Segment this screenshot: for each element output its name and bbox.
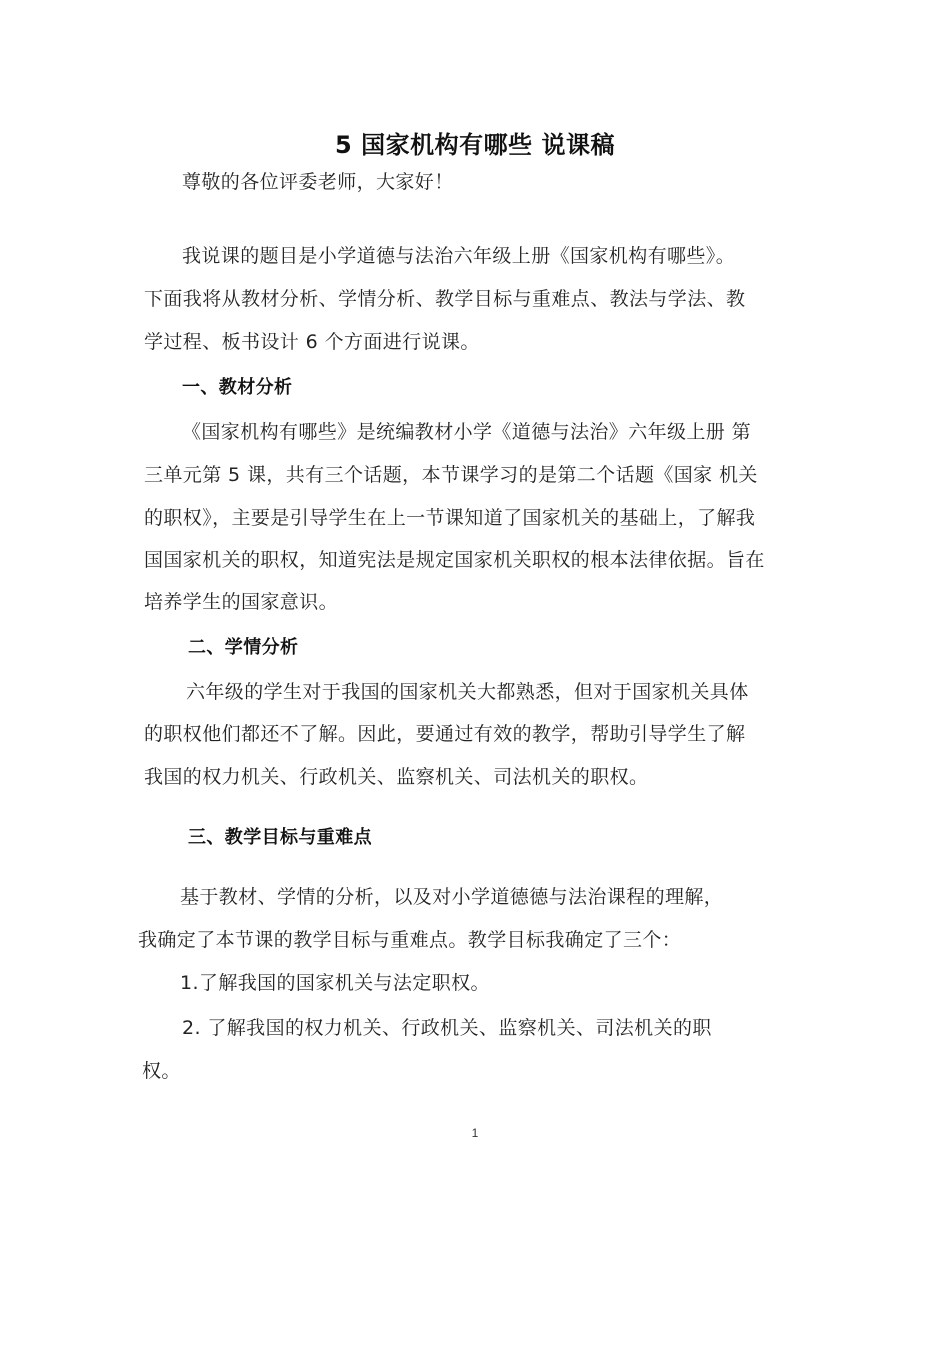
section3-line-2: 我确定了本节课的教学目标与重难点。教学目标我确定了三个： bbox=[138, 928, 681, 952]
greeting: 尊敬的各位评委老师，大家好！ bbox=[182, 170, 454, 194]
section1-line-5: 培养学生的国家意识。 bbox=[144, 590, 338, 614]
section1-line-4: 国国家机关的职权，知道宪法是规定国家机关职权的根本法律依据。旨在 bbox=[144, 548, 765, 572]
goal-item-2-continued: 权。 bbox=[142, 1059, 181, 1083]
section1-line-1: 《国家机构有哪些》是统编教材小学《道德与法治》六年级上册 第 bbox=[182, 420, 751, 444]
section2-line-3: 我国的权力机关、行政机关、监察机关、司法机关的职权。 bbox=[144, 765, 648, 789]
intro-line-2: 下面我将从教材分析、学情分析、教学目标与重难点、教法与学法、教 bbox=[144, 287, 745, 311]
goal-item-1: 1.了解我国的国家机关与法定职权。 bbox=[180, 971, 490, 995]
section3-line-1: 基于教材、学情的分析，以及对小学道德德与法治课程的理解， bbox=[180, 885, 723, 909]
section-heading-student-analysis: 二、学情分析 bbox=[188, 636, 298, 660]
intro-line-1: 我说课的题目是小学道德与法治六年级上册《国家机构有哪些》。 bbox=[182, 244, 735, 268]
document-page: 5 国家机构有哪些 说课稿 尊敬的各位评委老师，大家好！ 我说课的题目是小学道德… bbox=[0, 0, 950, 1345]
section-heading-teaching-goals: 三、教学目标与重难点 bbox=[188, 826, 372, 850]
section-heading-textbook-analysis: 一、教材分析 bbox=[182, 376, 292, 400]
section2-line-1: 六年级的学生对于我国的国家机关大都熟悉，但对于国家机关具体 bbox=[186, 680, 749, 704]
section1-line-2: 三单元第 5 课，共有三个话题，本节课学习的是第二个话题《国家 机关 bbox=[144, 463, 758, 487]
page-number: 1 bbox=[0, 1126, 950, 1140]
document-title: 5 国家机构有哪些 说课稿 bbox=[0, 130, 950, 160]
intro-line-3: 学过程、板书设计 6 个方面进行说课。 bbox=[144, 330, 480, 354]
section2-line-2: 的职权他们都还不了解。因此，要通过有效的教学，帮助引导学生了解 bbox=[144, 722, 745, 746]
goal-item-2: 2. 了解我国的权力机关、行政机关、监察机关、司法机关的职 bbox=[182, 1016, 712, 1040]
section1-line-3: 的职权》，主要是引导学生在上一节课知道了国家机关的基础上，了解我 bbox=[144, 506, 755, 530]
